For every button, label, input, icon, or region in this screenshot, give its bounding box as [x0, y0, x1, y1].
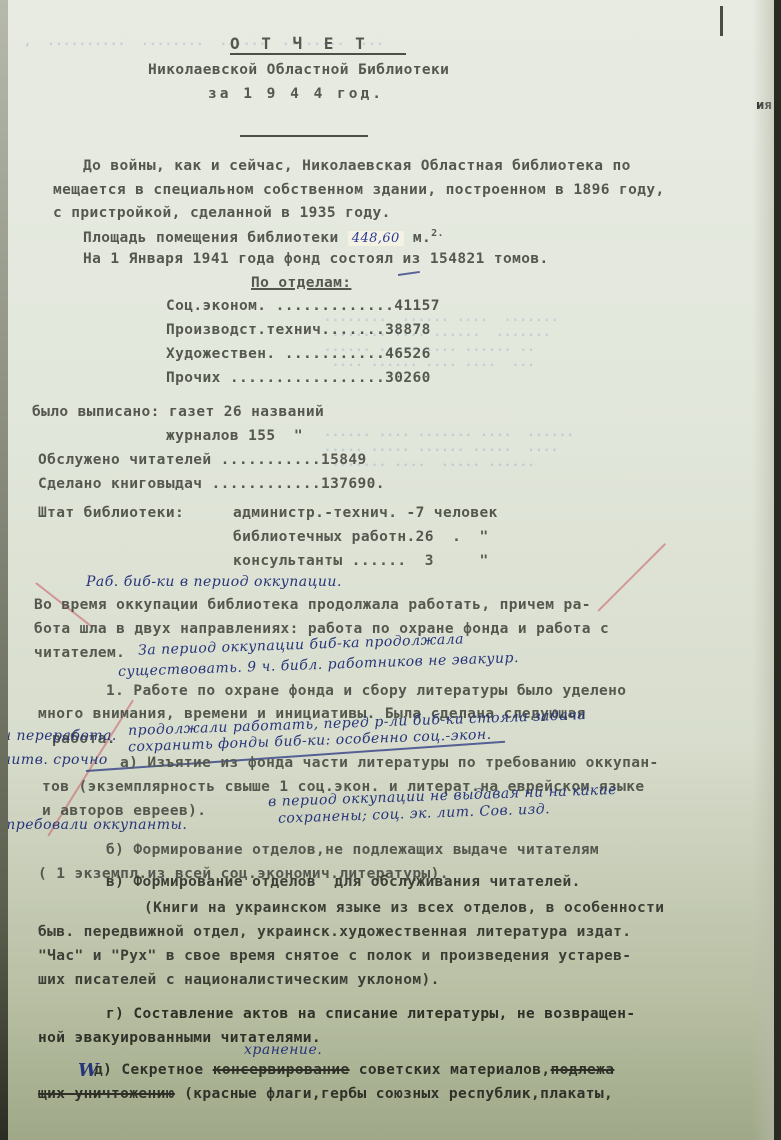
document-subtitle: Николаевской Областной Библиотеки: [148, 62, 449, 78]
red-pencil-mark: [597, 543, 665, 611]
leader-dots: .................: [221, 370, 385, 386]
document-title: О Т Ч Е Т: [230, 34, 371, 53]
staff-label: Штат библиотеки:: [38, 505, 184, 521]
readers-line: Обслужено читателей ...........15849: [38, 452, 367, 468]
department-value: 46526: [385, 346, 431, 362]
item-v-line-2: (Книги на украинском языке из всех отдел…: [144, 900, 664, 916]
item-d-line-2-text: (красные флаги,гербы союзных республик,п…: [175, 1086, 613, 1102]
title-separator: [240, 135, 368, 137]
document-year: за 1 9 4 4 год.: [208, 86, 384, 102]
item-v-line-4: "Час" и "Рух" в свое время снятое с поло…: [38, 948, 631, 964]
journals-count: журналов 155 ": [166, 428, 303, 444]
title-underline: [230, 53, 406, 55]
staff-row-consultants: консультанты ...... 3 ": [233, 553, 489, 569]
intro-line-1: До войны, как и сейчас, Николаевская Обл…: [83, 158, 631, 174]
fund-line: На 1 Января 1941 года фонд состоял из 15…: [83, 251, 549, 267]
item-1-line-4: а) Изъятие из фонда части литературы по …: [120, 755, 659, 771]
item-v-line-1: в) Формирование отделов для обслуживания…: [106, 874, 581, 890]
leader-dots: .............: [266, 298, 394, 314]
loans-line: Сделано книговыдач ............137690.: [38, 476, 385, 492]
item-v-line-3: быв. передвижной отдел, украинск.художес…: [38, 924, 631, 940]
leader-dots: .......: [321, 322, 385, 338]
leader-dots: ...........: [276, 346, 386, 362]
subscriptions-line: было выписано: газет 26 названий: [32, 404, 324, 420]
department-label: Прочих: [166, 370, 221, 386]
loans-label: Сделано книговыдач: [38, 476, 202, 492]
occupation-para-3: читателем.: [34, 645, 125, 661]
readers-label: Обслужено читателей: [38, 452, 211, 468]
handwritten-above-d: хранение.: [244, 1042, 322, 1058]
department-label: Соц.эконом.: [166, 298, 266, 314]
area-line: Площадь помещения библиотеки 448,60 м.2.: [83, 228, 444, 246]
area-value-handwritten: 448,60: [348, 231, 404, 246]
struck-word: консервирование: [213, 1062, 350, 1078]
department-label: Художествен.: [166, 346, 276, 362]
departments-heading: По отделам:: [251, 275, 351, 291]
occupation-para-1: Во время оккупации библиотека продолжала…: [34, 597, 591, 613]
item-d-prefix: д) Секретное: [94, 1062, 213, 1078]
handwritten-heading: Раб. биб-ки в период оккупации.: [86, 574, 342, 590]
department-row: Производст.технич.......38878: [166, 322, 431, 338]
area-unit-sup: 2.: [431, 228, 444, 239]
item-d-line-1: д) Секретное консервирование советских м…: [94, 1062, 614, 1078]
item-1-line-1: 1. Работе по охране фонда и сбору литера…: [106, 683, 626, 699]
department-row: Соц.эконом. .............41157: [166, 298, 440, 314]
margin-note-2: литв. срочно: [8, 752, 108, 768]
loans-value: 137690.: [321, 476, 385, 492]
subscriptions-label: было выписано:: [32, 404, 160, 420]
margin-note-1: и переработа.: [8, 728, 117, 744]
department-value: 38878: [385, 322, 431, 338]
department-row: Художествен. ...........46526: [166, 346, 431, 362]
item-d-line-2: щих уничтожению (красные флаги,гербы сою…: [38, 1086, 613, 1102]
department-value: 30260: [385, 370, 431, 386]
department-label: Производст.технич: [166, 322, 321, 338]
readers-value: 15849: [321, 452, 367, 468]
struck-phrase: щих уничтожению: [38, 1086, 175, 1102]
item-g-line-1: г) Составление актов на списание литерат…: [106, 1006, 636, 1022]
intro-line-2: мещается в специальном собственном здани…: [53, 182, 665, 198]
staff-row-librarians: библиотечных работн.26 . ": [233, 529, 489, 545]
staff-row-admin: администр.-технич. -7 человек: [233, 505, 498, 521]
item-b-line-1: б) Формирование отделов,не подлежащих вы…: [106, 842, 599, 858]
occupation-para-2: бота шла в двух направлениях: работа по …: [34, 621, 609, 637]
leader-dots: ............: [202, 476, 321, 492]
intro-line-3: с пристройкой, сделанной в 1935 году.: [53, 205, 391, 221]
pen-stroke: [398, 271, 420, 276]
item-d-suffix: советских материалов,: [350, 1062, 551, 1078]
department-value: 41157: [394, 298, 440, 314]
department-row: Прочих .................30260: [166, 370, 431, 386]
item-v-line-5: ших писателей с националистическим уклон…: [38, 972, 440, 988]
newspapers-count: газет 26 названий: [169, 404, 324, 420]
document-page: , .......... ........ ...... .. ..... ..…: [8, 0, 774, 1140]
area-label: Площадь помещения библиотеки: [83, 230, 339, 246]
leader-dots: ...........: [211, 452, 321, 468]
page-left-edge: [0, 0, 8, 1140]
right-edge-fragment: ия: [756, 98, 772, 112]
margin-mark: [720, 6, 723, 36]
area-unit: м.: [413, 230, 431, 246]
margin-note-3: требовали оккупанты.: [8, 817, 187, 833]
struck-word-end: подлежа: [551, 1062, 615, 1078]
